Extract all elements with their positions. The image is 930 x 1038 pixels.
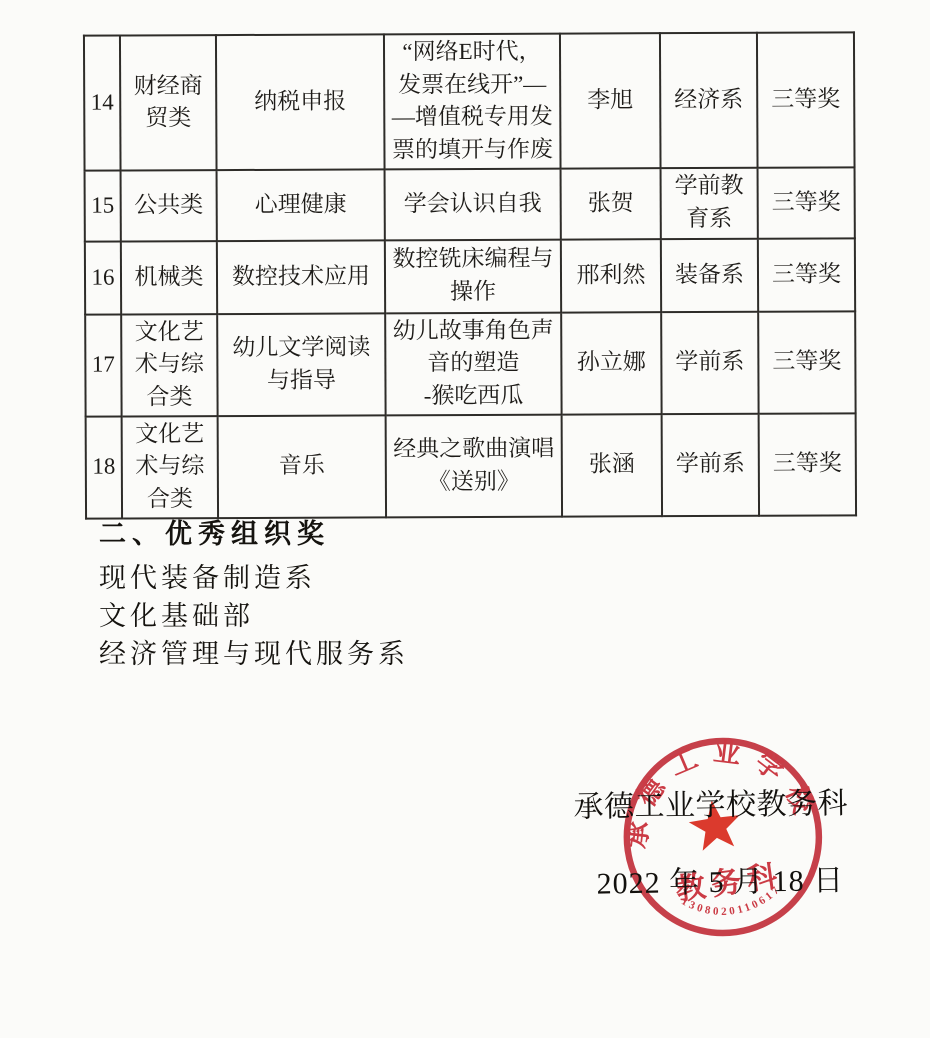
cell-course: 数控技术应用 <box>217 240 385 314</box>
cell-teacher: 张涵 <box>562 414 662 516</box>
list-item: 现代装备制造系 <box>99 559 409 597</box>
table-row: 17 文化艺 术与综 合类 幼儿文学阅读 与指导 幼儿故事角色声 音的塑造 -猴… <box>85 311 855 416</box>
signature-block: 承德工业学校教务科 2022 年 5 月 18 日 <box>573 778 849 903</box>
list-item: 文化基础部 <box>99 597 409 635</box>
cell-category: 文化艺 术与综 合类 <box>121 314 217 416</box>
table-row: 15 公共类 心理健康 学会认识自我 张贺 学前教 育系 三等奖 <box>85 167 855 241</box>
cell-course: 纳税申报 <box>216 34 385 169</box>
issuing-org: 承德工业学校教务科 <box>573 778 848 826</box>
cell-department: 装备系 <box>661 238 758 311</box>
cell-category: 财经商 贸类 <box>120 35 217 170</box>
cell-work: “网络E时代， 发票在线开”— —增值税专用发 票的填开与作废 <box>384 34 561 169</box>
cell-course: 幼儿文学阅读 与指导 <box>217 313 385 416</box>
cell-award: 三等奖 <box>758 167 855 238</box>
cell-no: 18 <box>86 416 122 518</box>
document-page: 14 财经商 贸类 纳税申报 “网络E时代， 发票在线开”— —增值税专用发 票… <box>0 0 930 1038</box>
cell-department: 学前教 育系 <box>661 167 758 238</box>
cell-category: 公共类 <box>121 170 217 241</box>
cell-work: 经典之歌曲演唱 《送别》 <box>386 414 562 517</box>
cell-teacher: 李旭 <box>560 33 661 168</box>
cell-category: 文化艺 术与综 合类 <box>122 416 218 518</box>
table-row: 18 文化艺 术与综 合类 音乐 经典之歌曲演唱 《送别》 张涵 学前系 三等奖 <box>86 413 856 518</box>
cell-work: 学会认识自我 <box>385 168 561 240</box>
organization-award-section: 二、优秀组织奖 现代装备制造系 文化基础部 经济管理与现代服务系 <box>99 512 409 673</box>
cell-award: 三等奖 <box>758 238 855 311</box>
cell-award: 三等奖 <box>759 413 856 515</box>
cell-category: 机械类 <box>121 241 217 314</box>
cell-award: 三等奖 <box>757 32 855 167</box>
award-table: 14 财经商 贸类 纳税申报 “网络E时代， 发票在线开”— —增值税专用发 票… <box>83 31 857 519</box>
table-row: 16 机械类 数控技术应用 数控铣床编程与 操作 邢利然 装备系 三等奖 <box>85 238 855 314</box>
cell-department: 学前系 <box>661 311 758 413</box>
cell-teacher: 张贺 <box>561 168 661 239</box>
cell-no: 17 <box>85 314 121 416</box>
cell-work: 数控铣床编程与 操作 <box>385 239 561 313</box>
cell-teacher: 孙立娜 <box>561 312 661 414</box>
cell-department: 经济系 <box>660 33 758 168</box>
cell-no: 16 <box>85 241 121 314</box>
cell-no: 15 <box>85 170 121 241</box>
table-row: 14 财经商 贸类 纳税申报 “网络E时代， 发票在线开”— —增值税专用发 票… <box>84 32 855 170</box>
cell-course: 音乐 <box>218 415 386 518</box>
cell-work: 幼儿故事角色声 音的塑造 -猴吃西瓜 <box>385 312 561 415</box>
cell-teacher: 邢利然 <box>561 239 661 312</box>
cell-department: 学前系 <box>662 413 759 515</box>
section-heading: 二、优秀组织奖 <box>99 512 409 551</box>
cell-course: 心理健康 <box>217 169 385 241</box>
issue-date: 2022 年 5 月 18 日 <box>596 855 849 903</box>
list-item: 经济管理与现代服务系 <box>99 635 409 673</box>
cell-no: 14 <box>84 36 121 171</box>
cell-award: 三等奖 <box>758 311 855 413</box>
